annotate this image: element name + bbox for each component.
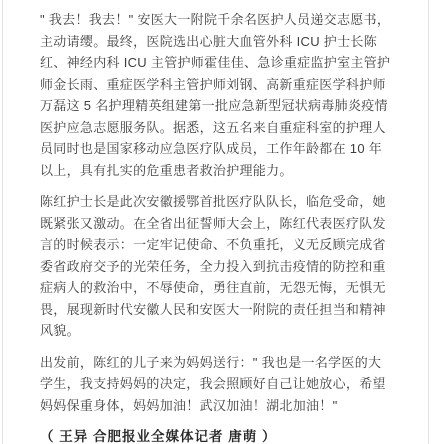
article-paragraph-volunteers: " 我去！我去！" 安医大一附院千余名医护人员递交志愿书，主动请缨。最终，医院选…	[40, 9, 391, 181]
article-body: " 我去！我去！" 安医大一附院千余名医护人员递交志愿书，主动请缨。最终，医院选…	[3, 0, 428, 444]
article-byline: （ 王异 合肥报业全媒体记者 唐萌 ）	[40, 426, 391, 444]
article-paragraph-son-farewell: 出发前，陈红的儿子来为妈妈送行：" 我也是一名学医的大学生，我支持妈妈的决定，我…	[40, 352, 391, 417]
article-paragraph-chenhong-speech: 陈红护士长是此次安徽援鄂首批医疗队队长，临危受命，她既紧张又激动。在全省出征誓师…	[40, 191, 391, 342]
article-page: " 我去！我去！" 安医大一附院千余名医护人员递交志愿书，主动请缨。最终，医院选…	[2, 0, 429, 444]
